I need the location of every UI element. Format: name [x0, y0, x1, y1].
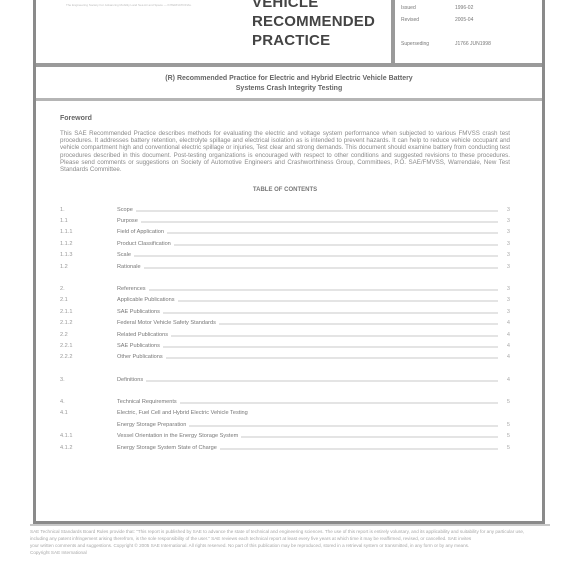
document-body: Foreword This SAE Recommended Practice d…	[60, 109, 510, 451]
toc-section-number: 1.1	[60, 218, 117, 224]
toc-leader-line	[171, 335, 498, 337]
toc-section-title: Related Publications	[117, 332, 171, 338]
copyright-footer: SAE Technical Standards Board Rules prov…	[30, 524, 550, 556]
toc-page-number: 3	[498, 286, 510, 292]
toc-page-number: 3	[498, 297, 510, 303]
toc-section-number: 4.1.1	[60, 433, 117, 439]
footer-line: SAE Technical Standards Board Rules prov…	[30, 528, 550, 535]
toc-leader-line	[166, 357, 498, 359]
toc-section-title: Energy Storage Preparation	[117, 422, 189, 428]
toc-section-title: Technical Requirements	[117, 399, 180, 405]
toc-page-number: 4	[498, 377, 510, 383]
toc-section-title: Definitions	[117, 377, 146, 383]
toc-entry[interactable]: 1.1.3Scale3	[60, 247, 510, 258]
toc-section-title: Vessel Orientation in the Energy Storage…	[117, 433, 241, 439]
toc-entry[interactable]: 1.1Purpose3	[60, 213, 510, 224]
foreword-heading: Foreword	[60, 115, 510, 122]
toc-leader-line	[174, 244, 498, 246]
publisher-note: The Engineering Society For Advancing Mo…	[66, 3, 256, 8]
toc-page-number: 3	[498, 264, 510, 270]
toc-section-title: Product Classification	[117, 241, 174, 247]
toc-entry[interactable]: 2.1.1SAE Publications3	[60, 303, 510, 314]
doc-type-line: PRACTICE	[252, 31, 375, 50]
toc-leader-line	[144, 267, 498, 269]
toc-section-title: Applicable Publications	[117, 297, 178, 303]
toc-entry[interactable]: 2.2.1SAE Publications4	[60, 338, 510, 349]
toc-leader-line	[180, 402, 498, 404]
toc-leader-line	[189, 425, 498, 427]
toc-leader-line	[167, 232, 498, 234]
toc-leader-line	[251, 413, 498, 415]
toc-leader-line	[241, 436, 498, 438]
toc-entry[interactable]: Energy Storage Preparation5	[60, 416, 510, 427]
toc-section-title: SAE Publications	[117, 343, 163, 349]
toc-leader-line	[136, 210, 498, 212]
toc-section-number: 2.1.1	[60, 309, 117, 315]
toc-entry[interactable]: 2.2Related Publications4	[60, 326, 510, 337]
footer-line: your written comments and suggestions. C…	[30, 542, 550, 549]
toc-title: TABLE OF CONTENTS	[60, 187, 510, 193]
toc-section-number: 2.2.1	[60, 343, 117, 349]
toc-section-title: Scale	[117, 252, 134, 258]
toc-section-number: 4.	[60, 399, 117, 405]
title-line-1: (R) Recommended Practice for Electric an…	[36, 74, 542, 84]
toc-section-title: References	[117, 286, 149, 292]
toc-page-number: 4	[498, 332, 510, 338]
meta-issued: Issued 1996-02	[401, 5, 473, 11]
toc-entry[interactable]: 1.2Rationale3	[60, 258, 510, 269]
meta-revised: Revised 2005-04	[401, 17, 473, 23]
toc-section-number: 1.2	[60, 264, 117, 270]
doc-type-line: RECOMMENDED	[252, 12, 375, 31]
toc-section-number: 4.1	[60, 410, 117, 416]
toc-leader-line	[146, 380, 498, 382]
document-page: The Engineering Society For Advancing Mo…	[33, 0, 545, 524]
document-metadata-box: Issued 1996-02 Revised 2005-04 Supersedi…	[391, 0, 542, 63]
title-line-2: Systems Crash Integrity Testing	[36, 84, 542, 94]
toc-section-title: Other Publications	[117, 354, 166, 360]
toc-section-number: 2.1.2	[60, 320, 117, 326]
toc-page-number: 3	[498, 207, 510, 213]
toc-page-number: 4	[498, 354, 510, 360]
toc-entry[interactable]: 4.1Electric, Fuel Cell and Hybrid Electr…	[60, 405, 510, 416]
toc-entry[interactable]: 4.1.1Vessel Orientation in the Energy St…	[60, 428, 510, 439]
toc-section-title: Purpose	[117, 218, 141, 224]
footer-line: Copyright SAE International	[30, 549, 550, 556]
toc-entry[interactable]: 4.Technical Requirements5	[60, 394, 510, 405]
toc-entry[interactable]: 1.1.1Field of Application3	[60, 224, 510, 235]
toc-leader-line	[163, 312, 498, 314]
toc-page-number: 3	[498, 241, 510, 247]
toc-section-number: 2.2	[60, 332, 117, 338]
toc-entry[interactable]: 2.References3	[60, 281, 510, 292]
toc-page-number: 3	[498, 309, 510, 315]
toc-page-number: 3	[498, 218, 510, 224]
document-header: The Engineering Society For Advancing Mo…	[36, 0, 542, 67]
toc-page-number: 4	[498, 343, 510, 349]
toc-leader-line	[220, 448, 498, 450]
toc-leader-line	[141, 221, 498, 223]
toc-page-number: 4	[498, 320, 510, 326]
toc-section-title: Scope	[117, 207, 136, 213]
toc-section-title: Energy Storage System State of Charge	[117, 445, 220, 451]
toc-entry[interactable]: 4.1.2Energy Storage System State of Char…	[60, 439, 510, 450]
toc-entry[interactable]: 2.1.2Federal Motor Vehicle Safety Standa…	[60, 315, 510, 326]
document-title: (R) Recommended Practice for Electric an…	[36, 67, 542, 101]
toc-section-number: 2.2.2	[60, 354, 117, 360]
toc-page-number: 5	[498, 399, 510, 405]
toc-section-title: Field of Application	[117, 229, 167, 235]
toc-section-title: Federal Motor Vehicle Safety Standards	[117, 320, 219, 326]
footer-rule	[30, 524, 550, 526]
toc-section-number: 1.1.2	[60, 241, 117, 247]
toc-section-number: 1.1.3	[60, 252, 117, 258]
footer-line: including any patent infringement arisin…	[30, 535, 550, 542]
toc-leader-line	[178, 300, 498, 302]
toc-page-number: 5	[498, 433, 510, 439]
toc-page-number: 3	[498, 252, 510, 258]
foreword-text: This SAE Recommended Practice describes …	[60, 130, 510, 173]
table-of-contents: 1.Scope31.1Purpose31.1.1Field of Applica…	[60, 201, 510, 450]
toc-section-title: Electric, Fuel Cell and Hybrid Electric …	[117, 410, 251, 416]
toc-section-number: 1.	[60, 207, 117, 213]
toc-section-number: 4.1.2	[60, 445, 117, 451]
toc-section-number: 3.	[60, 377, 117, 383]
document-type: VEHICLE RECOMMENDED PRACTICE	[252, 0, 375, 50]
toc-section-title: SAE Publications	[117, 309, 163, 315]
toc-leader-line	[149, 289, 498, 291]
toc-section-title: Rationale	[117, 264, 144, 270]
meta-superseding: Superseding J1766 JUN1998	[401, 41, 491, 47]
toc-entry[interactable]: 1.1.2Product Classification3	[60, 235, 510, 246]
toc-entry[interactable]: 2.2.2Other Publications4	[60, 349, 510, 360]
toc-leader-line	[219, 323, 498, 325]
toc-entry[interactable]: 1.Scope3	[60, 201, 510, 212]
toc-page-number: 5	[498, 445, 510, 451]
toc-page-number: 5	[498, 422, 510, 428]
toc-page-number: 3	[498, 229, 510, 235]
toc-leader-line	[134, 255, 498, 257]
toc-entry[interactable]: 2.1Applicable Publications3	[60, 292, 510, 303]
toc-leader-line	[163, 346, 498, 348]
toc-section-number: 2.1	[60, 297, 117, 303]
toc-section-number: 1.1.1	[60, 229, 117, 235]
toc-section-number: 2.	[60, 286, 117, 292]
toc-entry[interactable]: 3.Definitions4	[60, 371, 510, 382]
doc-type-line: VEHICLE	[252, 0, 375, 12]
